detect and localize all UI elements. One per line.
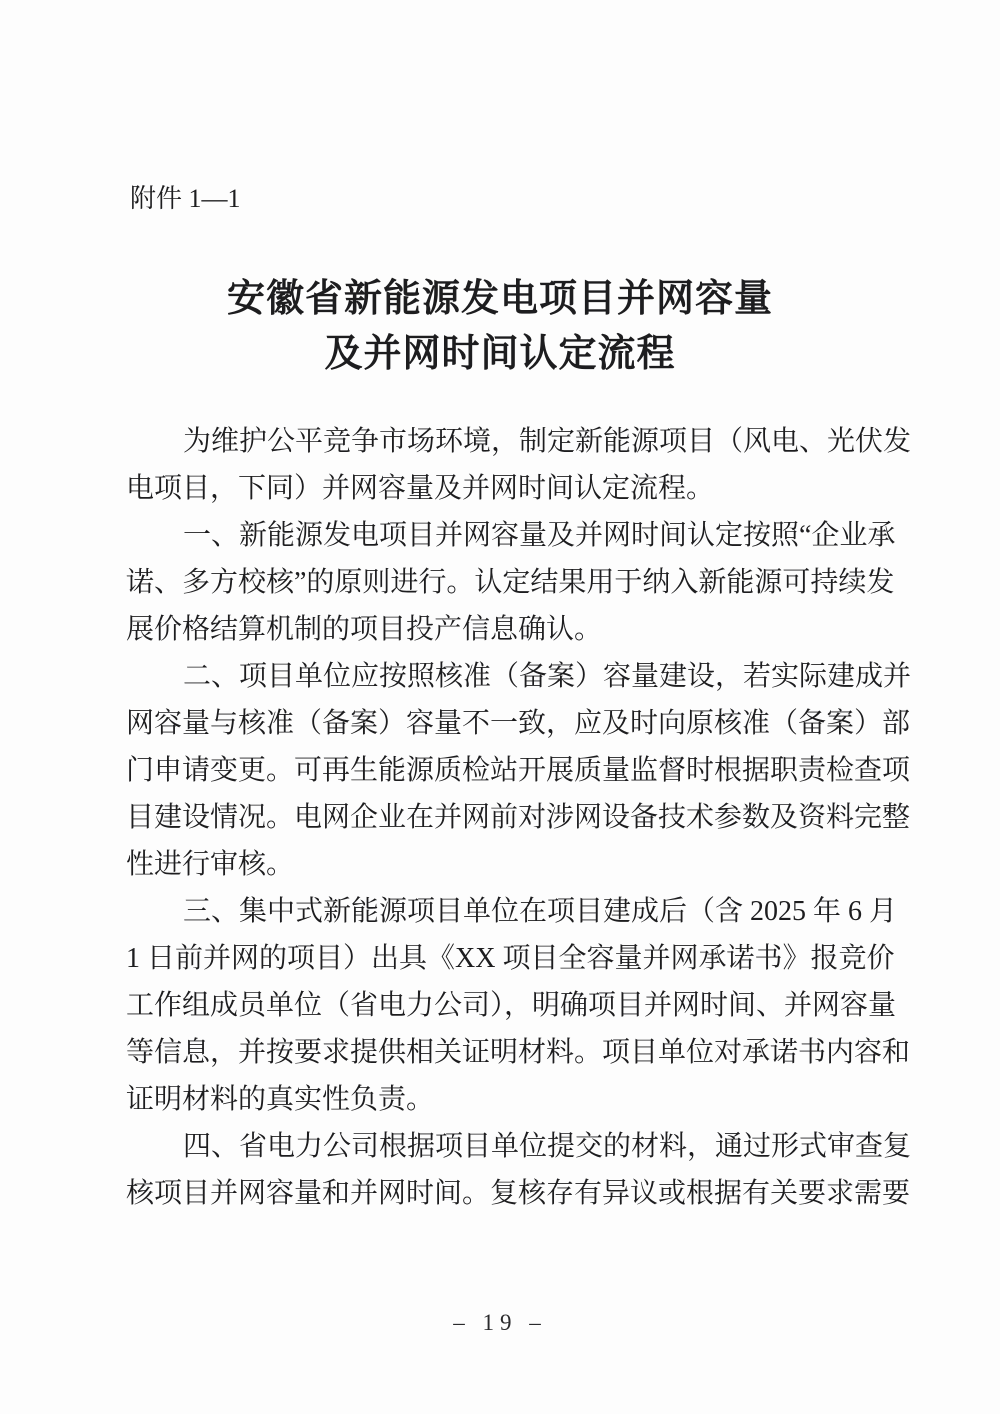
body-text-line: 等信息，并按要求提供相关证明材料。项目单位对承诺书内容和 (126, 1029, 882, 1076)
body-text-line: 四、省电力公司根据项目单位提交的材料，通过形式审查复 (126, 1123, 882, 1170)
body-text-line: 目建设情况。电网企业在并网前对涉网设备技术参数及资料完整 (126, 794, 882, 841)
document-title-line1: 安徽省新能源发电项目并网容量 (0, 272, 1000, 327)
attachment-label: 附件 1—1 (130, 181, 241, 217)
body-text-line: 二、项目单位应按照核准（备案）容量建设，若实际建成并 (126, 653, 882, 700)
body-text-line: 为维护公平竞争市场环境，制定新能源项目（风电、光伏发 (126, 418, 882, 465)
page-number: – 19 – (0, 1308, 1000, 1338)
document-body: 为维护公平竞争市场环境，制定新能源项目（风电、光伏发 电项目，下同）并网容量及并… (126, 418, 882, 1217)
body-text-line: 展价格结算机制的项目投产信息确认。 (126, 606, 882, 653)
body-text-line: 诺、多方校核”的原则进行。认定结果用于纳入新能源可持续发 (126, 559, 882, 606)
body-text-line: 三、集中式新能源项目单位在项目建成后（含 2025 年 6 月 (126, 888, 882, 935)
document-title-line2: 及并网时间认定流程 (0, 327, 1000, 382)
body-text-line: 证明材料的真实性负责。 (126, 1076, 882, 1123)
body-text-line: 性进行审核。 (126, 841, 882, 888)
body-text-line: 网容量与核准（备案）容量不一致，应及时向原核准（备案）部 (126, 700, 882, 747)
body-text-line: 1 日前并网的项目）出具《XX 项目全容量并网承诺书》报竞价 (126, 935, 882, 982)
body-text-line: 门申请变更。可再生能源质检站开展质量监督时根据职责检查项 (126, 747, 882, 794)
body-text-line: 电项目，下同）并网容量及并网时间认定流程。 (126, 465, 882, 512)
document-title: 安徽省新能源发电项目并网容量 及并网时间认定流程 (0, 272, 1000, 382)
body-text-line: 工作组成员单位（省电力公司），明确项目并网时间、并网容量 (126, 982, 882, 1029)
body-text-line: 一、新能源发电项目并网容量及并网时间认定按照“企业承 (126, 512, 882, 559)
document-page: 附件 1—1 安徽省新能源发电项目并网容量 及并网时间认定流程 为维护公平竞争市… (0, 0, 1000, 1414)
body-text-line: 核项目并网容量和并网时间。复核存有异议或根据有关要求需要 (126, 1170, 882, 1217)
